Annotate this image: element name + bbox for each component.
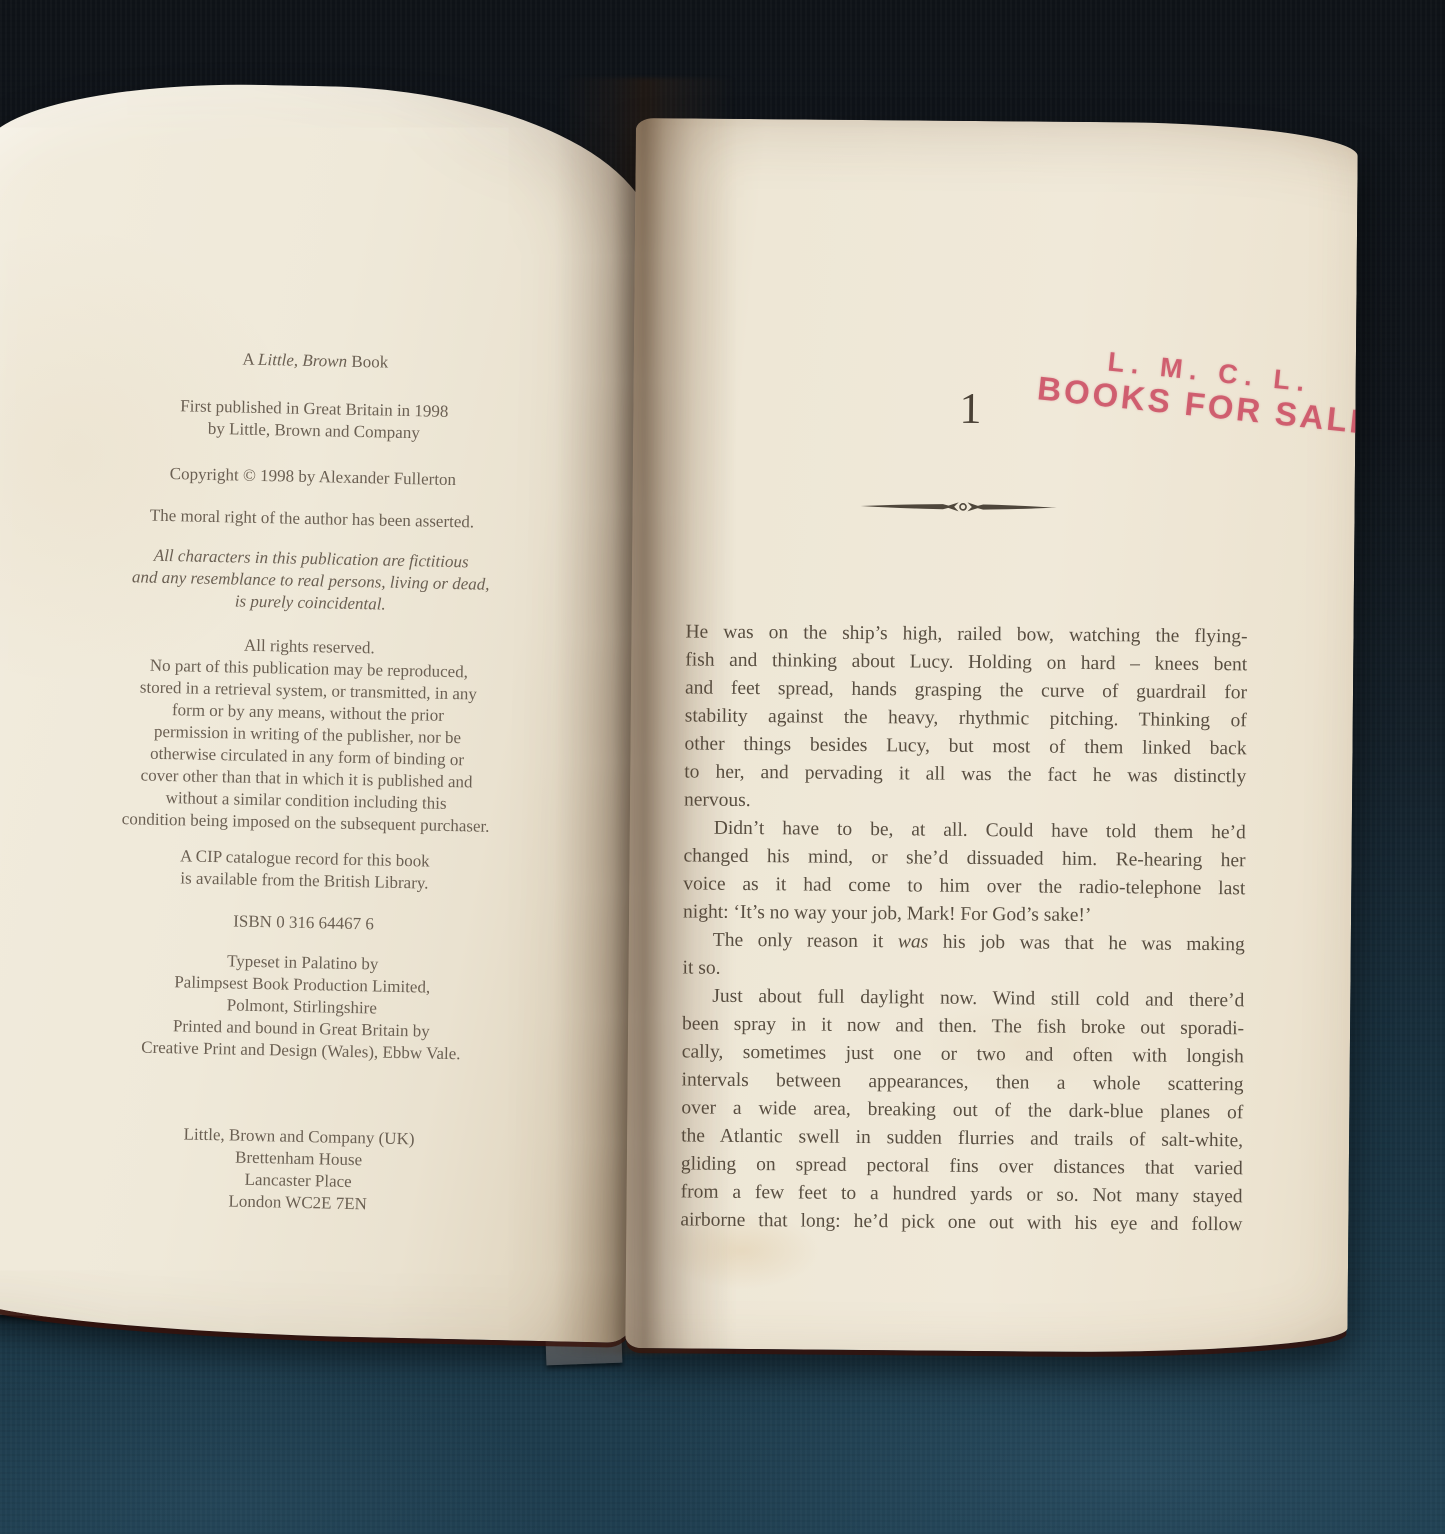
chapter-body-text: He was on the ship’s high, railed bow, w…: [680, 618, 1247, 1239]
cip-block: A CIP catalogue record for this book is …: [24, 842, 585, 898]
text-line: to her, and pervading it all was the fac…: [684, 758, 1246, 791]
publication-block: First published in Great Britain in 1998…: [34, 392, 595, 448]
text-line: airborne that long: he’d pick one out wi…: [680, 1206, 1242, 1239]
isbn-line: ISBN 0 316 64467 6: [23, 906, 583, 940]
text-segment-italic: Little, Brown: [258, 350, 347, 371]
text-segment: Book: [347, 352, 388, 372]
chapter-number: 1: [959, 387, 981, 431]
copyright-page: A Little, Brown Book First published in …: [0, 79, 657, 1343]
publisher-address-block: Little, Brown and Company (UK) Brettenha…: [18, 1120, 580, 1220]
text-segment: A: [242, 350, 258, 369]
copyright-page-text: A Little, Brown Book First published in …: [0, 79, 657, 1221]
text-line: The only reason it was his job was that …: [683, 926, 1245, 959]
book-photo-scene: A Little, Brown Book First published in …: [0, 0, 1445, 1534]
text-segment: his job was that he was making: [928, 932, 1245, 956]
imprint-line: A Little, Brown Book: [35, 344, 595, 378]
cover-edge-tab: [546, 1339, 623, 1366]
chapter-one-page: 1 L. M. C. L. BOOKS FOR SALE He was on t…: [625, 118, 1358, 1354]
chapter-divider-ornament: [861, 498, 1057, 516]
library-sale-stamp: L. M. C. L. BOOKS FOR SALE: [1035, 339, 1358, 442]
moral-right-line: The moral right of the author has been a…: [32, 502, 592, 536]
text-segment-italic: was: [898, 931, 929, 952]
rights-block: All rights reserved. No part of this pub…: [25, 630, 589, 840]
text-segment: The only reason it: [713, 930, 898, 953]
production-block: Typeset in Palatino by Palimpsest Book P…: [21, 946, 583, 1068]
fictitious-notice: All characters in this publication are f…: [30, 542, 591, 620]
copyright-line: Copyright © 1998 by Alexander Fullerton: [33, 460, 593, 494]
